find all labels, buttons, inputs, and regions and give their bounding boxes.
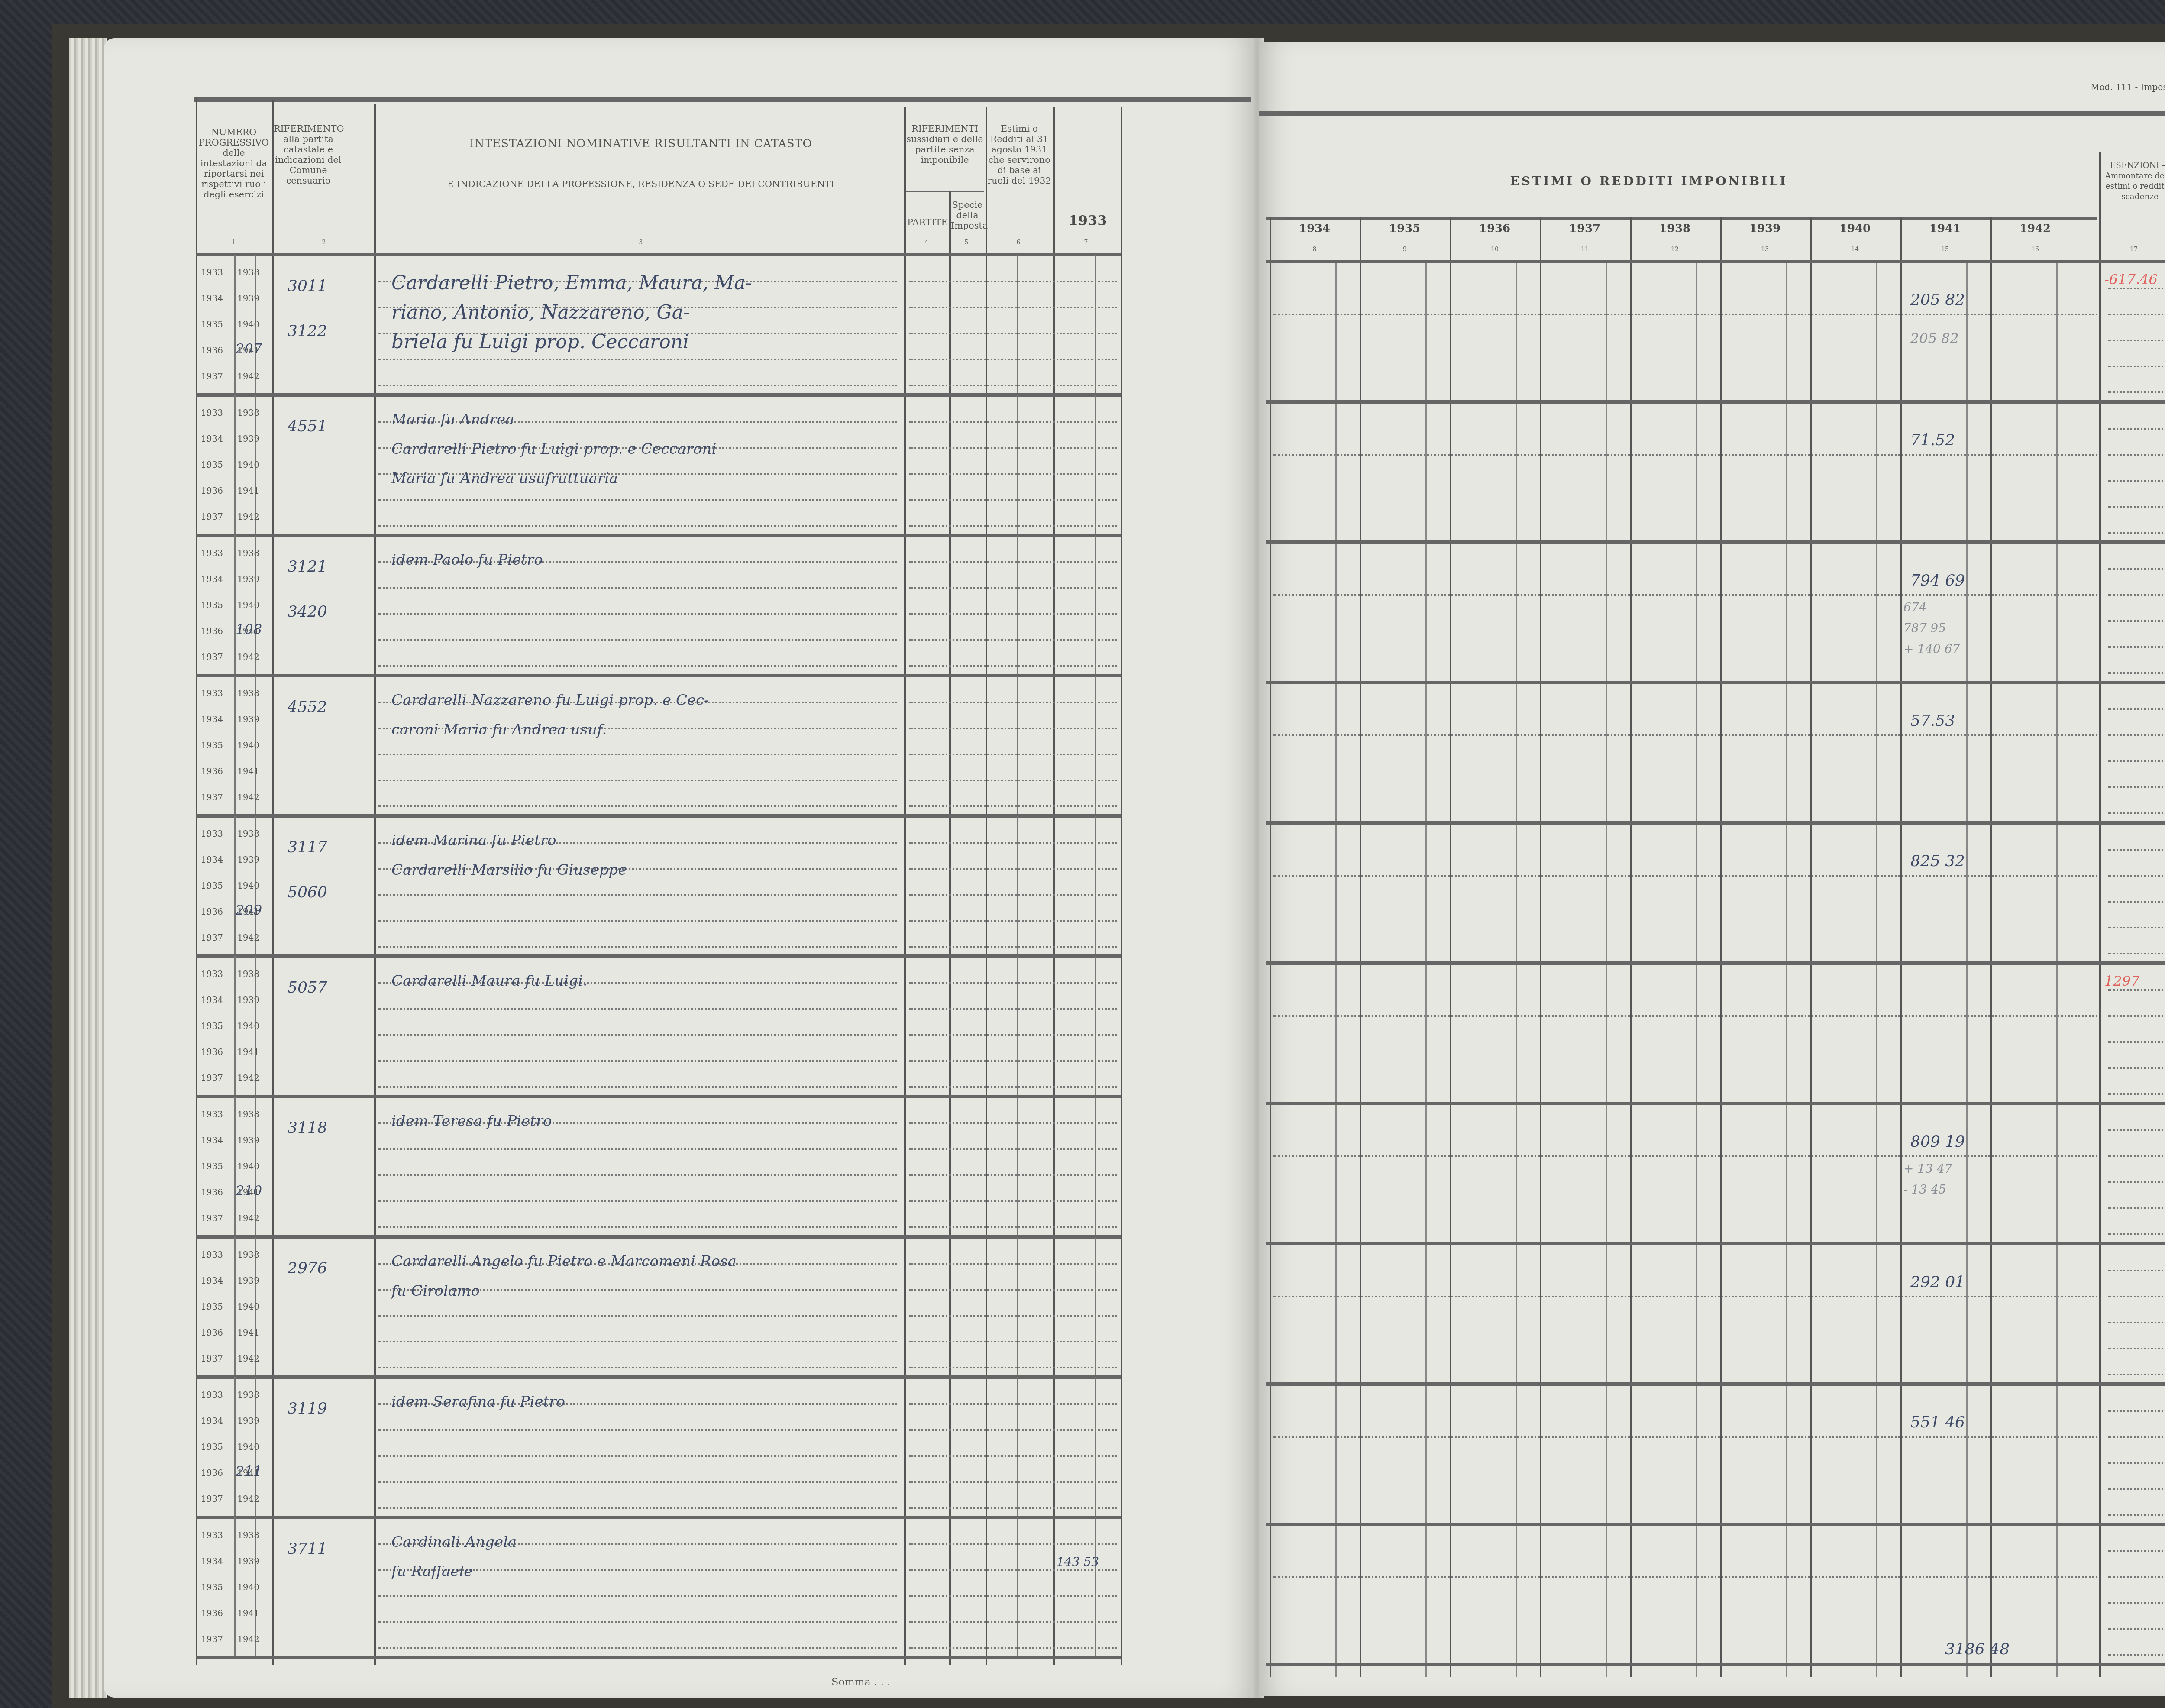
header-year: 1937 xyxy=(1540,222,1630,236)
col-number: 3 xyxy=(632,239,649,246)
entry-block-right: 809 19+ 13 47- 13 45220 xyxy=(1259,1103,2165,1244)
entry-block-right: 205 82205 82-617.46Per Cardarelli Maura,… xyxy=(1259,262,2165,402)
ruled-line xyxy=(909,1263,1117,1265)
ruled-line xyxy=(909,982,1117,984)
ruled-line xyxy=(378,525,897,527)
ruled-line xyxy=(2108,288,2165,289)
ruled-line xyxy=(378,1200,897,1202)
ruled-line xyxy=(2108,1015,2165,1017)
ruled-line xyxy=(2108,927,2165,928)
partita-number: 3118 xyxy=(288,1121,327,1138)
ruled-line xyxy=(1273,875,2097,877)
ruled-line xyxy=(909,385,1117,386)
year-label: 1936 xyxy=(201,1609,223,1620)
ruled-line xyxy=(909,805,1117,807)
value-1941-calc: - 13 45 xyxy=(1903,1183,1946,1197)
ruled-line xyxy=(378,1367,897,1368)
ruled-line xyxy=(378,1148,897,1150)
header-year-1933: 1933 xyxy=(1053,211,1122,229)
ruled-line xyxy=(909,639,1117,641)
year-label: 1936 xyxy=(201,1048,223,1058)
somma-label: Somma . . . xyxy=(831,1677,891,1689)
header-year: 1935 xyxy=(1360,222,1450,236)
year-label: 1937 xyxy=(201,1074,223,1084)
year-label: 1936 xyxy=(201,1188,223,1199)
year-label: 1937 xyxy=(201,934,223,944)
ruled-line xyxy=(909,561,1117,563)
year-label: 1939 xyxy=(237,575,259,586)
progressive-number: 207 xyxy=(236,341,262,357)
taxpayer-name-line: idem Teresa fu Pietro xyxy=(391,1114,552,1131)
header-riferimento: RIFERIMENTO alla partita catastale e ind… xyxy=(274,125,343,187)
ruled-line xyxy=(2108,1067,2165,1069)
col-number: 6 xyxy=(1010,239,1027,246)
year-label: 1938 xyxy=(237,689,259,700)
ruled-line xyxy=(909,307,1117,308)
year-label: 1937 xyxy=(201,653,223,663)
ruled-line xyxy=(378,754,897,755)
ruled-line xyxy=(909,1200,1117,1202)
ruled-line xyxy=(909,1086,1117,1088)
ruled-line xyxy=(2108,1654,2165,1656)
ruled-line xyxy=(909,1034,1117,1036)
taxpayer-name-line: fu Raffaele xyxy=(391,1564,472,1582)
year-label: 1939 xyxy=(237,996,259,1006)
year-label: 1941 xyxy=(237,487,259,497)
ruled-line xyxy=(1273,314,2097,315)
year-label: 1936 xyxy=(201,627,223,637)
ruled-line xyxy=(378,805,897,807)
col-divider xyxy=(1017,816,1018,956)
year-label: 1937 xyxy=(201,1495,223,1505)
ruled-line xyxy=(2108,953,2165,954)
ruled-line xyxy=(909,1148,1117,1150)
year-label: 1938 xyxy=(237,409,259,419)
value-1941: 825 32 xyxy=(1910,854,1965,871)
ruled-line xyxy=(2108,1348,2165,1349)
year-label: 1935 xyxy=(201,601,223,611)
year-label: 1935 xyxy=(201,1583,223,1594)
col-number: 11 xyxy=(1576,246,1593,253)
ruled-line xyxy=(2108,366,2165,367)
year-label: 1941 xyxy=(237,1048,259,1058)
ruled-line xyxy=(2108,786,2165,788)
ruled-line xyxy=(909,920,1117,922)
header-year: 1942 xyxy=(1990,222,2080,236)
col-divider xyxy=(1095,255,1096,395)
year-label: 1934 xyxy=(201,996,223,1006)
col-number: 4 xyxy=(918,239,935,246)
year-label: 1934 xyxy=(201,435,223,445)
progressive-number: 209 xyxy=(236,903,262,918)
year-label: 1940 xyxy=(237,461,259,471)
col-divider xyxy=(234,1237,236,1377)
header-year: 1940 xyxy=(1810,222,1900,236)
ruled-line xyxy=(378,665,897,667)
ruled-line xyxy=(909,1403,1117,1405)
ruled-line xyxy=(378,587,897,589)
col-number: 8 xyxy=(1306,246,1323,253)
entry-block-left: 1933193819341939193519401936194119371942… xyxy=(104,1237,1256,1377)
ruled-line xyxy=(909,1008,1117,1010)
year-label: 1939 xyxy=(237,856,259,866)
value-1941-pencil: 205 82 xyxy=(1910,331,1959,346)
ruled-line xyxy=(2108,428,2165,430)
partita-number: 3121 xyxy=(288,560,327,577)
ruled-line xyxy=(2108,314,2165,315)
ruled-line xyxy=(2108,568,2165,570)
progressive-number: 211 xyxy=(236,1464,262,1479)
ruled-line xyxy=(1273,1155,2097,1157)
subheader-rule xyxy=(906,191,984,192)
ruled-line xyxy=(378,1086,897,1088)
entry-block-right: 292 01 xyxy=(1259,1244,2165,1384)
taxpayer-name-line: idem Serafina fu Pietro xyxy=(391,1394,565,1412)
year-label: 1938 xyxy=(237,268,259,279)
partita-number: 4552 xyxy=(288,700,327,717)
ruled-line xyxy=(1273,1576,2097,1578)
ruled-line xyxy=(378,1507,897,1509)
year-label: 1940 xyxy=(237,320,259,331)
ruled-line xyxy=(909,587,1117,589)
ruled-line xyxy=(909,1621,1117,1623)
ruled-line xyxy=(909,728,1117,729)
ruled-line xyxy=(2108,1181,2165,1183)
ruled-line xyxy=(2108,646,2165,648)
ruled-line xyxy=(2108,1550,2165,1552)
ruled-line xyxy=(909,780,1117,781)
year-label: 1933 xyxy=(201,1110,223,1121)
ruled-line xyxy=(2108,594,2165,596)
col-divider xyxy=(1017,1377,1018,1517)
ledger-photo: NUMERO PROGRESSIVO delle intestazioni da… xyxy=(0,0,2165,1708)
col-divider xyxy=(234,1097,236,1237)
year-label: 1933 xyxy=(201,1391,223,1401)
entry-block-left: 1933193819341939193519401936194119371942… xyxy=(104,816,1256,956)
ruled-line xyxy=(2108,734,2165,736)
year-label: 1935 xyxy=(201,1162,223,1173)
col-divider xyxy=(1017,1517,1018,1658)
partita-number: 3011 xyxy=(288,279,327,296)
year-label: 1935 xyxy=(201,1022,223,1032)
year-label: 1938 xyxy=(237,1110,259,1121)
ruled-line xyxy=(2108,1462,2165,1464)
partita-number: 5057 xyxy=(288,980,327,998)
col-divider xyxy=(1095,395,1096,535)
ruled-line xyxy=(2108,989,2165,991)
ruled-line xyxy=(2108,875,2165,877)
year-label: 1939 xyxy=(237,1417,259,1427)
ruled-line xyxy=(2108,1155,2165,1157)
header-year: 1938 xyxy=(1630,222,1720,236)
header-top-rule xyxy=(194,97,1256,102)
col-number: 1 xyxy=(225,239,242,246)
taxpayer-name-line: caroni Maria fu Andrea usuf. xyxy=(391,722,607,740)
col-number: 14 xyxy=(1846,246,1864,253)
entry-separator xyxy=(196,1656,1121,1659)
value-1941-calc: 674 xyxy=(1903,601,1927,615)
year-label: 1933 xyxy=(201,689,223,700)
col-divider xyxy=(234,676,236,816)
year-label: 1935 xyxy=(201,1303,223,1313)
taxpayer-name-line: Maria fu Andrea usufruttuaria xyxy=(391,471,618,488)
year-label: 1937 xyxy=(201,1214,223,1225)
header-year: 1939 xyxy=(1720,222,1810,236)
header-numero-progressivo: NUMERO PROGRESSIVO delle intestazioni da… xyxy=(197,128,270,201)
ruled-line xyxy=(378,1008,897,1010)
value-1941: 57.53 xyxy=(1910,714,1955,731)
ruled-line xyxy=(2108,849,2165,851)
year-label: 1936 xyxy=(201,1469,223,1479)
header-top-rule xyxy=(1259,111,2165,116)
ruled-line xyxy=(909,499,1117,501)
year-label: 1938 xyxy=(237,549,259,560)
col-number: 13 xyxy=(1756,246,1774,253)
ruled-line xyxy=(378,1226,897,1228)
ruled-line xyxy=(2108,532,2165,534)
year-label: 1941 xyxy=(237,1329,259,1339)
ruled-line xyxy=(1273,1296,2097,1297)
header-specie: Specie della Imposta xyxy=(951,201,984,232)
year-label: 1934 xyxy=(201,1417,223,1427)
form-id: Mod. 111 - Imposte Dirette (Intercalare)… xyxy=(2091,83,2165,94)
header-intestazioni-title: INTESTAZIONI NOMINATIVE RISULTANTI IN CA… xyxy=(381,139,901,149)
ruled-line xyxy=(909,1507,1117,1509)
ruled-line xyxy=(909,1289,1117,1291)
ruled-line xyxy=(2108,1093,2165,1095)
entry-separator xyxy=(1266,1663,2165,1666)
col-divider xyxy=(234,1377,236,1517)
year-label: 1940 xyxy=(237,882,259,892)
year-label: 1940 xyxy=(237,1162,259,1173)
ruled-line xyxy=(378,613,897,615)
ruled-line xyxy=(2108,480,2165,482)
ruled-line xyxy=(909,1569,1117,1571)
col-number: 16 xyxy=(2026,246,2044,253)
col-divider xyxy=(234,1517,236,1658)
taxpayer-name-line: Cardarelli Pietro fu Luigi prop. e Cecca… xyxy=(391,442,716,459)
year-label: 1942 xyxy=(237,372,259,383)
ruled-line xyxy=(909,894,1117,896)
ruled-line xyxy=(378,1647,897,1649)
ruled-line xyxy=(2108,1488,2165,1490)
year-label: 1935 xyxy=(201,461,223,471)
year-label: 1939 xyxy=(237,1136,259,1147)
header-year: 1934 xyxy=(1270,222,1360,236)
year-label: 1937 xyxy=(201,513,223,523)
col-divider xyxy=(1095,1377,1096,1517)
entry-block-right: 794 69674787 95+ 140 6779469674363647681… xyxy=(1259,542,2165,683)
ruled-line xyxy=(909,1455,1117,1457)
entry-block-right: 71.52 xyxy=(1259,402,2165,542)
partita-number-alt: 3420 xyxy=(288,605,327,622)
ruled-line xyxy=(909,1226,1117,1228)
year-label: 1934 xyxy=(201,1136,223,1147)
partita-number: 3117 xyxy=(288,840,327,857)
entry-block-left: 1933193819341939193519401936194119371942… xyxy=(104,1517,1256,1658)
exemption-amount: -617.46 xyxy=(2104,272,2158,288)
entry-block-left: 1933193819341939193519401936194119371942… xyxy=(104,395,1256,535)
value-1933: 143 53 xyxy=(1057,1556,1099,1569)
value-1941: 205 82 xyxy=(1910,293,1965,310)
entry-block-right: 1297CardarelliSerafica fuPietro xyxy=(1259,963,2165,1103)
ruled-line xyxy=(909,842,1117,844)
year-label: 1939 xyxy=(237,715,259,726)
ruled-line xyxy=(378,1595,897,1597)
col-number: 2 xyxy=(315,239,333,246)
year-label: 1936 xyxy=(201,487,223,497)
year-label: 1938 xyxy=(237,1391,259,1401)
ruled-line xyxy=(2108,1576,2165,1578)
value-1941: 292 01 xyxy=(1910,1275,1965,1292)
year-label: 1934 xyxy=(201,294,223,305)
col-divider xyxy=(234,816,236,956)
progressive-number: 210 xyxy=(236,1183,262,1199)
year-label: 1942 xyxy=(237,1495,259,1505)
value-1941-calc: 787 95 xyxy=(1903,622,1946,636)
entry-block-left: 1933193819341939193519401936194119371942… xyxy=(104,676,1256,816)
col-divider xyxy=(234,255,236,395)
somma-total: 3186 48 xyxy=(1945,1642,2010,1659)
ruled-line xyxy=(378,1034,897,1036)
ruled-line xyxy=(909,1174,1117,1176)
value-1941: 551 46 xyxy=(1910,1415,1965,1433)
ruled-line xyxy=(2108,391,2165,393)
year-label: 1940 xyxy=(237,1303,259,1313)
taxpayer-name-line: Maria fu Andrea xyxy=(391,412,514,430)
ruled-line xyxy=(1273,1015,2097,1017)
col-number: 7 xyxy=(1077,239,1095,246)
col-divider xyxy=(1017,1097,1018,1237)
year-label: 1933 xyxy=(201,409,223,419)
ruled-line xyxy=(378,359,897,360)
header-year: 1941 xyxy=(1900,222,1990,236)
year-label: 1937 xyxy=(201,1355,223,1365)
col-number: 17 xyxy=(2125,246,2142,253)
exemption-amount: 1297 xyxy=(2104,974,2139,989)
year-label: 1939 xyxy=(237,1557,259,1568)
taxpayer-name-line: riano, Antonio, Nazzareno, Ga- xyxy=(391,301,690,324)
year-label: 1941 xyxy=(237,767,259,778)
header-estimi-1931: Estimi o Redditi al 31 agosto 1931 che s… xyxy=(987,125,1051,187)
value-1941: 71.52 xyxy=(1910,433,1955,450)
entry-block-left: 1933193819341939193519401936194119371942… xyxy=(104,956,1256,1097)
taxpayer-name-line: Cardinali Angela xyxy=(391,1535,517,1552)
left-page-stack xyxy=(69,38,107,1698)
ruled-line xyxy=(909,665,1117,667)
taxpayer-name-line: idem Paolo fu Pietro xyxy=(391,553,543,570)
col-divider xyxy=(1095,1097,1096,1237)
ruled-line xyxy=(378,499,897,501)
ruled-line xyxy=(2108,1322,2165,1323)
ruled-line xyxy=(2108,672,2165,674)
year-label: 1942 xyxy=(237,1214,259,1225)
ruled-line xyxy=(2108,1410,2165,1412)
taxpayer-name-line: fu Girolamo xyxy=(391,1284,480,1301)
col-divider xyxy=(1095,956,1096,1097)
partita-number: 3119 xyxy=(288,1401,327,1419)
taxpayer-name-line: Cardarelli Pietro, Emma, Maura, Ma- xyxy=(391,272,752,294)
year-label: 1942 xyxy=(237,653,259,663)
year-label: 1933 xyxy=(201,268,223,279)
year-label: 1939 xyxy=(237,294,259,305)
partita-number-alt: 3122 xyxy=(288,324,327,341)
ruled-line xyxy=(2108,506,2165,508)
ruled-line xyxy=(378,1481,897,1483)
year-label: 1940 xyxy=(237,1443,259,1453)
year-label: 1936 xyxy=(201,767,223,778)
col-number: 9 xyxy=(1396,246,1413,253)
year-label: 1934 xyxy=(201,856,223,866)
ruled-line xyxy=(2108,812,2165,814)
taxpayer-name-line: idem Marina fu Pietro xyxy=(391,833,556,851)
col-divider xyxy=(1095,816,1096,956)
ruled-line xyxy=(2108,1270,2165,1271)
ruled-line xyxy=(909,1060,1117,1062)
ruled-line xyxy=(909,421,1117,423)
partita-number: 4551 xyxy=(288,419,327,437)
year-label: 1942 xyxy=(237,1635,259,1646)
ruled-line xyxy=(1273,1436,2097,1438)
ruled-line xyxy=(909,1543,1117,1545)
col-divider xyxy=(1017,956,1018,1097)
col-divider xyxy=(1095,535,1096,676)
ruled-line xyxy=(1273,734,2097,736)
taxpayer-name-line: Cardarelli Nazzareno fu Luigi prop. e Ce… xyxy=(391,693,709,710)
ruled-line xyxy=(378,385,897,386)
ruled-line xyxy=(909,1122,1117,1124)
col-divider xyxy=(1017,395,1018,535)
year-label: 1934 xyxy=(201,575,223,586)
ruled-line xyxy=(909,868,1117,870)
header-year: 1936 xyxy=(1450,222,1540,236)
year-label: 1937 xyxy=(201,372,223,383)
year-label: 1942 xyxy=(237,1074,259,1084)
entry-block-right: 551 46 xyxy=(1259,1384,2165,1524)
ruled-line xyxy=(2108,1041,2165,1043)
ruled-line xyxy=(378,780,897,781)
ruled-line xyxy=(2108,454,2165,456)
year-label: 1940 xyxy=(237,1022,259,1032)
year-label: 1935 xyxy=(201,741,223,752)
ruled-line xyxy=(378,946,897,948)
value-1941: 809 19 xyxy=(1910,1135,1965,1152)
ruled-line xyxy=(378,1315,897,1317)
year-label: 1938 xyxy=(237,970,259,980)
ruled-line xyxy=(2108,901,2165,903)
ruled-line xyxy=(2108,1602,2165,1604)
year-label: 1935 xyxy=(201,882,223,892)
year-label: 1936 xyxy=(201,908,223,918)
ruled-line xyxy=(2108,708,2165,710)
col-number: 5 xyxy=(958,239,975,246)
ruled-line xyxy=(378,894,897,896)
header-riferimenti: RIFERIMENTI sussidiari e delle partite s… xyxy=(906,125,984,166)
col-divider xyxy=(1017,1237,1018,1377)
col-divider xyxy=(234,956,236,1097)
year-label: 1934 xyxy=(201,715,223,726)
year-label: 1933 xyxy=(201,1531,223,1542)
right-page: Mod. 111 - Imposte Dirette (Intercalare)… xyxy=(1259,42,2165,1696)
year-label: 1940 xyxy=(237,1583,259,1594)
ruled-line xyxy=(378,639,897,641)
ruled-line xyxy=(909,1367,1117,1368)
col-divider xyxy=(234,395,236,535)
year-label: 1933 xyxy=(201,1251,223,1261)
year-label: 1942 xyxy=(237,793,259,804)
entry-block-left: 1933193819341939193519401936194119371942… xyxy=(104,535,1256,676)
year-label: 1936 xyxy=(201,1329,223,1339)
